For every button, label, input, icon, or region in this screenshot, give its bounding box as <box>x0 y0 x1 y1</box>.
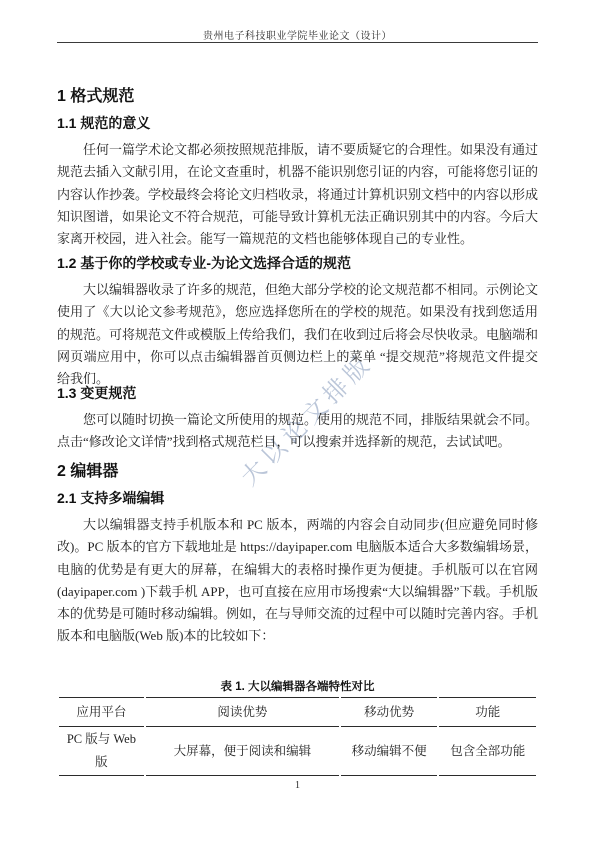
paragraph-1-2: 大以编辑器收录了许多的规范，但绝大部分学校的论文规范都不相同。示例论文使用了《大… <box>57 279 538 390</box>
heading-2-editor: 2 编辑器 <box>57 458 538 481</box>
table-row: PC 版与 Web 版 大屏幕，便于阅读和编辑 移动编辑不便 包含全部功能 <box>59 727 536 776</box>
page-number: 1 <box>0 780 595 791</box>
table-header-cell: 阅读优势 <box>146 697 339 727</box>
heading-1-1-meaning: 1.1 规范的意义 <box>57 113 538 133</box>
paragraph-2-1: 大以编辑器支持手机版本和 PC 版本，两端的内容会自动同步(但应避免同时修改)。… <box>57 514 538 648</box>
paragraph-1-3: 您可以随时切换一篇论文所使用的规范。使用的规范不同，排版结果就会不同。点击“修改… <box>57 409 538 454</box>
paragraph-1-1: 任何一篇学术论文都必须按照规范排版，请不要质疑它的合理性。如果没有通过规范去插入… <box>57 139 538 250</box>
table-caption: 表 1. 大以编辑器各端特性对比 <box>57 678 538 694</box>
running-header: 贵州电子科技职业学院毕业论文（设计） <box>57 27 538 42</box>
heading-2-1-multi-device: 2.1 支持多端编辑 <box>57 488 538 508</box>
comparison-table: 应用平台 阅读优势 移动优势 功能 PC 版与 Web 版 大屏幕，便于阅读和编… <box>57 697 538 776</box>
table-cell: 大屏幕，便于阅读和编辑 <box>146 727 339 776</box>
heading-1-2-choose-spec: 1.2 基于你的学校或专业-为论文选择合适的规范 <box>57 253 538 273</box>
table-cell: 包含全部功能 <box>439 727 536 776</box>
header-rule <box>57 42 538 43</box>
table-header-cell: 移动优势 <box>341 697 438 727</box>
heading-1-format-spec: 1 格式规范 <box>57 83 538 106</box>
table-header-row: 应用平台 阅读优势 移动优势 功能 <box>59 697 536 727</box>
heading-1-3-change-spec: 1.3 变更规范 <box>57 383 538 403</box>
page-content: 贵州电子科技职业学院毕业论文（设计） 1 格式规范 1.1 规范的意义 任何一篇… <box>0 0 595 842</box>
table-cell: PC 版与 Web 版 <box>59 727 144 776</box>
table-cell: 移动编辑不便 <box>341 727 438 776</box>
table-header-cell: 功能 <box>439 697 536 727</box>
document-page: 大以论文排版 贵州电子科技职业学院毕业论文（设计） 1 格式规范 1.1 规范的… <box>0 0 595 842</box>
table-header-cell: 应用平台 <box>59 697 144 727</box>
